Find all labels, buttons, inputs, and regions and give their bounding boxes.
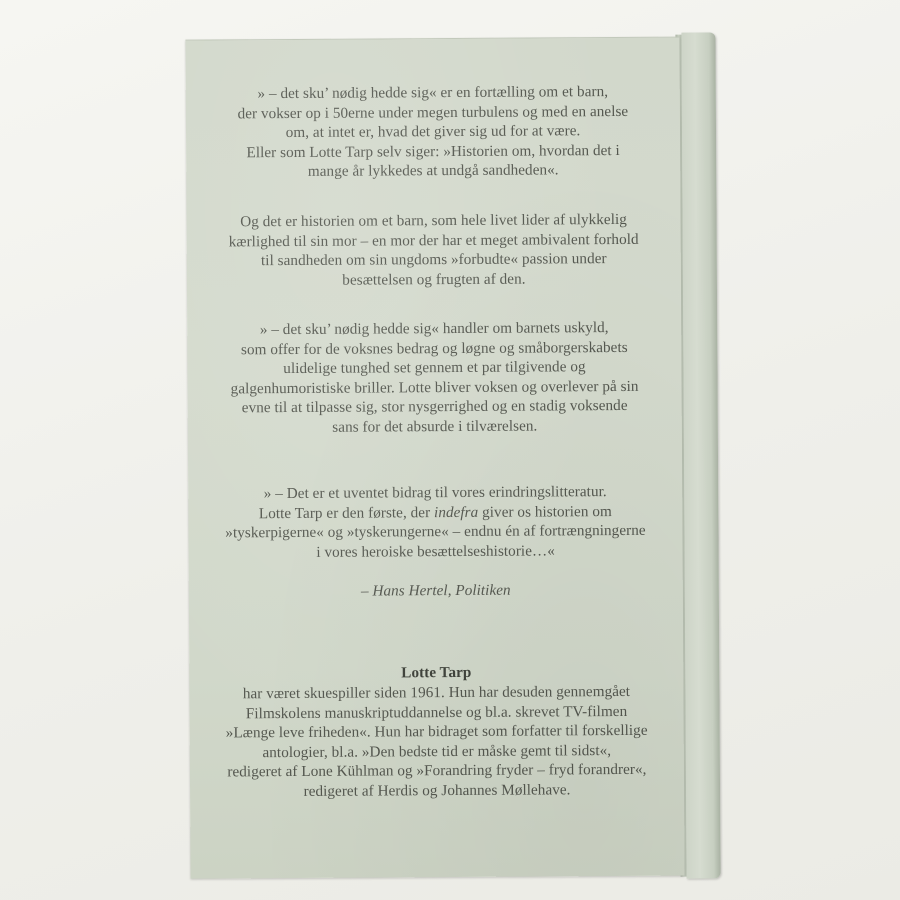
blurb-paragraph-2: Og det er historien om et barn, som hele… (187, 210, 681, 291)
review-quote: » – Det er et uventet bidrag til vores e… (188, 482, 682, 563)
text-line: sans for det absurde i tilværelsen. (188, 416, 682, 439)
book-spine (681, 32, 720, 878)
text-line: besættelsen og frugten af den. (187, 268, 681, 291)
text-line: Og det er historien om et barn, som hele… (187, 210, 681, 233)
book: » – det sku’ nødig hedde sig« er en fort… (185, 32, 724, 881)
text-line: » – det sku’ nødig hedde sig« er en fort… (186, 82, 680, 105)
author-name: Lotte Tarp (189, 662, 683, 685)
author-bio: har været skuespiller siden 1961. Hun ha… (189, 682, 684, 803)
blurb-text: » – det sku’ nødig hedde sig« er en fort… (185, 38, 679, 41)
text-line: »tyskerpigerne« og »tyskerungerne« – end… (188, 521, 682, 544)
text-line: redigeret af Herdis og Johannes Møllehav… (190, 780, 684, 803)
text-line: Eller som Lotte Tarp selv siger: »Histor… (186, 140, 680, 163)
text-fragment: Lotte Tarp er den første, der (259, 504, 434, 522)
blurb-paragraph-1: » – det sku’ nødig hedde sig« er en fort… (186, 82, 681, 183)
text-line: redigeret af Lone Kühlman og »Forandring… (190, 760, 684, 783)
text-line: har været skuespiller siden 1961. Hun ha… (189, 682, 683, 705)
blurb-paragraph-3: » – det sku’ nødig hedde sig« handler om… (187, 318, 682, 439)
quote-attribution: – Hans Hertel, Politiken (189, 580, 683, 603)
text-line: mange år lykkedes at undgå sandheden«. (186, 160, 680, 183)
text-line: der vokser op i 50erne under megen turbu… (186, 101, 680, 124)
text-line: »Længe leve friheden«. Hun har bidraget … (190, 721, 684, 744)
text-line: som offer for de voksnes bedrag og løgne… (187, 337, 681, 360)
text-line: kærlighed til sin mor – en mor der har e… (187, 229, 681, 252)
back-cover: » – det sku’ nødig hedde sig« er en fort… (185, 37, 684, 879)
text-line: evne til at tilpasse sig, stor nysgerrig… (188, 396, 682, 419)
text-line: i vores heroiske besættelseshistorie…« (189, 540, 683, 563)
text-fragment: giver os historien om (478, 503, 612, 521)
text-line: » – det sku’ nødig hedde sig« handler om… (187, 318, 681, 341)
italic-word: indefra (434, 503, 478, 520)
